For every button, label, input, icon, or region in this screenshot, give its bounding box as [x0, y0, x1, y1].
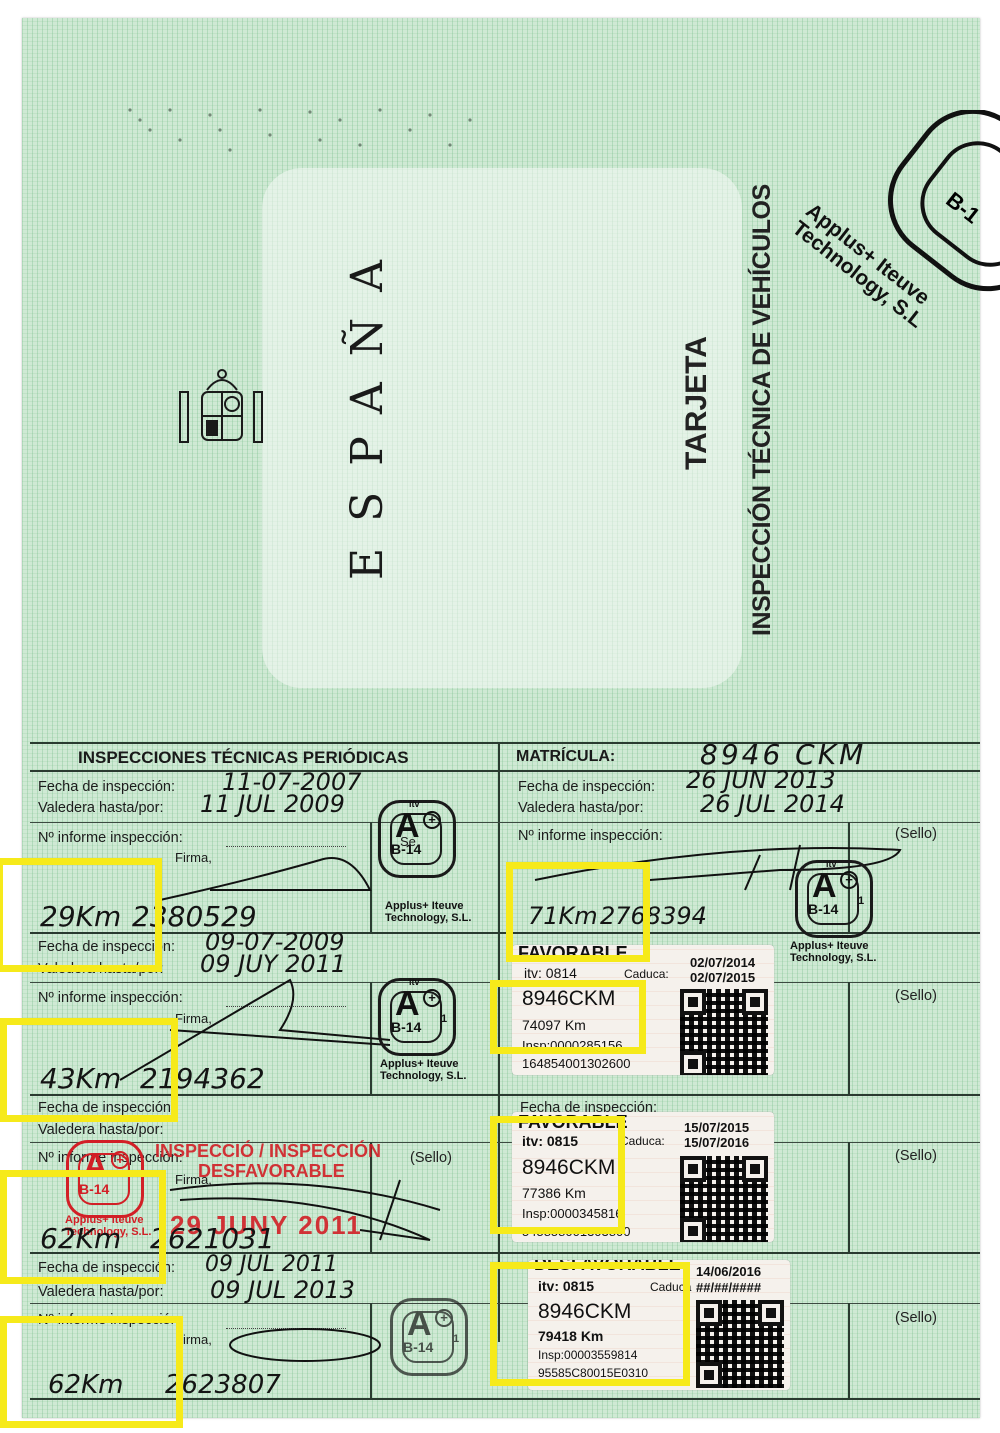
qr-code-icon [696, 1300, 784, 1388]
card-subtitle: INSPECCIÓN TÉCNICA DE VEHÍCULOS [748, 184, 777, 636]
plate-label: MATRÍCULA: [516, 748, 615, 766]
perforated-number [110, 90, 510, 180]
sello-label: (Sello) [895, 1148, 937, 1164]
highlight-box [506, 862, 650, 962]
sticker-date: 14/06/2016 [696, 1264, 761, 1279]
card-title: TARJETA [680, 336, 714, 470]
highlight-box [0, 858, 162, 972]
qr-code-icon [680, 1156, 768, 1242]
rejected-stamp-line1: INSPECCIÓ / INSPECCIÓN [155, 1141, 381, 1162]
valedera-value: 26 JUL 2014 [700, 790, 845, 818]
coat-of-arms-icon [172, 362, 270, 462]
sticker-date: 15/07/2015 [684, 1120, 749, 1135]
valedera-label: Valedera hasta/por: [38, 1122, 163, 1138]
sello-label: (Sello) [895, 988, 937, 1004]
sticker-expiry: 15/07/2016 [684, 1135, 749, 1150]
signature [160, 1170, 450, 1250]
stamp-company: Applus+ IteuveTechnology, S.L. [790, 940, 876, 964]
valedera-value: 09 JUL 2013 [210, 1276, 355, 1304]
sticker-caduca-label: Caduca: [620, 1134, 665, 1148]
sticker-caduca-label: Caduca: [624, 967, 669, 981]
sticker-expiry: 02/07/2015 [690, 970, 755, 985]
valedera-label: Valedera hasta/por: [38, 1284, 163, 1300]
country-title: ESPAÑA [342, 234, 393, 580]
sello-label: (Sello) [410, 1150, 452, 1166]
sticker-code: 164854001302600 [522, 1056, 630, 1071]
fecha-label: Fecha de inspección: [518, 779, 655, 795]
highlight-box [0, 1316, 183, 1428]
sello-label: (Sello) [895, 1310, 937, 1326]
highlight-box [490, 1262, 690, 1386]
sticker-itv: itv: 0814 [524, 965, 577, 981]
itv-stamp: itv A+ B-14 [378, 800, 456, 878]
signature [225, 1320, 405, 1370]
stamp-company: Applus+ IteuveTechnology, S.L. [385, 900, 471, 924]
itv-stamp: A+ B-141 [390, 1298, 468, 1376]
highlight-box [0, 1018, 178, 1122]
watermark-crest [262, 168, 742, 688]
fecha-label: Fecha de inspección: [38, 779, 175, 795]
itv-stamp: itv A+ B-141 [795, 860, 873, 938]
stamp-company: Applus+ IteuveTechnology, S.L. [380, 1058, 466, 1082]
itv-stamp: itv A+ B-141 [378, 978, 456, 1056]
sticker-date: 02/07/2014 [690, 955, 755, 970]
valedera-label: Valedera hasta/por: [518, 800, 643, 816]
highlight-box [490, 1116, 625, 1234]
valedera-label: Valedera hasta/por: [38, 800, 163, 816]
signature [150, 820, 380, 920]
highlight-box [0, 1170, 166, 1284]
sticker-expiry: ##/##/#### [696, 1280, 761, 1295]
qr-code-icon [680, 989, 768, 1075]
valedera-value: 11 JUL 2009 [200, 790, 345, 818]
fecha-value: 09 JUL 2011 [205, 1252, 338, 1277]
section-header: INSPECCIONES TÉCNICAS PERIÓDICAS [78, 748, 409, 768]
highlight-box [490, 980, 646, 1054]
